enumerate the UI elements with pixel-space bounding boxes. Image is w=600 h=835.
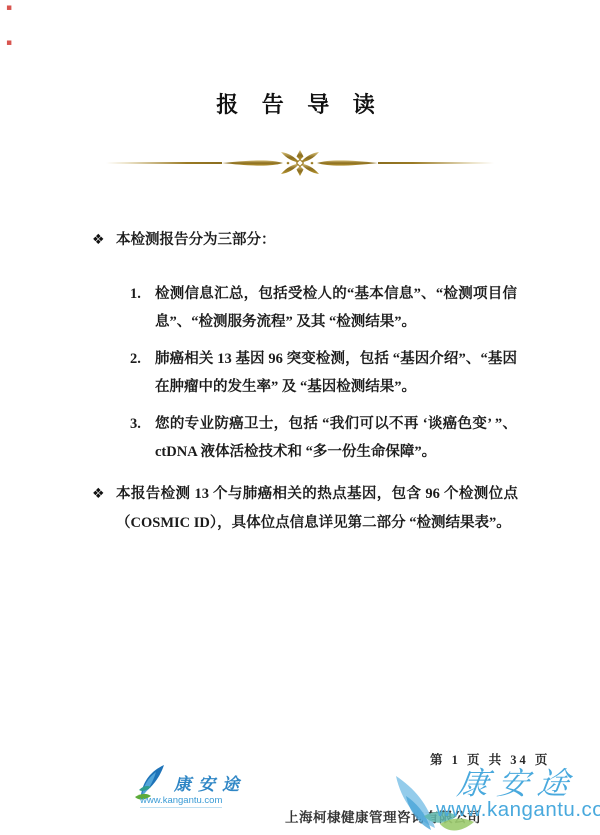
page-title: 报 告 导 读 [0,88,600,119]
kangantu-watermark: 康安途 www.kangantu.com [394,756,600,835]
report-parts-list: 1. 检测信息汇总，包括受检人的“基本信息”、“检测项目信息”、“检测服务流程”… [92,280,520,466]
logo-url: www.kangantu.com [140,795,222,808]
document-page: ▪ ▪ 报 告 导 读 [0,0,600,835]
report-guide-content: ❖ 本检测报告分为三部分： 1. 检测信息汇总，包括受检人的“基本信息”、“检测… [92,230,520,537]
list-item: 2. 肺癌相关 13 基因 96 突变检测，包括 “基因介绍”、“基因在肿瘤中的… [130,345,520,401]
summary-bullet-row: ❖ 本报告检测 13 个与肺癌相关的热点基因，包含 96 个检测位点（COSMI… [92,484,520,537]
corner-mark-icon: ▪ [6,4,12,13]
list-item: 3. 您的专业防癌卫士，包括 “我们可以不再 ‘谈癌色变’ ”、ctDNA 液体… [130,410,520,466]
watermark-name: 康安途 [455,758,581,803]
list-item-number: 1. [130,280,155,308]
diamond-bullet-icon: ❖ [92,484,116,504]
summary-text: 本报告检测 13 个与肺癌相关的热点基因，包含 96 个检测位点（COSMIC … [116,480,518,537]
list-item-number: 3. [130,410,155,438]
intro-bullet-row: ❖ 本检测报告分为三部分： [92,230,520,250]
divider-line-right [378,162,494,164]
diamond-bullet-icon: ❖ [92,230,116,250]
list-item-text: 检测信息汇总，包括受检人的“基本信息”、“检测项目信息”、“检测服务流程” 及其… [155,280,517,336]
logo-name: 康安途 [174,770,246,795]
divider-ornament-icon [220,150,380,176]
list-item: 1. 检测信息汇总，包括受检人的“基本信息”、“检测项目信息”、“检测服务流程”… [130,280,520,336]
watermark-url: www.kangantu.com [436,798,600,822]
list-item-text: 您的专业防癌卫士，包括 “我们可以不再 ‘谈癌色变’ ”、ctDNA 液体活检技… [155,410,517,466]
intro-text: 本检测报告分为三部分： [116,230,276,250]
corner-mark-icon: ▪ [6,39,12,48]
list-item-text: 肺癌相关 13 基因 96 突变检测，包括 “基因介绍”、“基因在肿瘤中的发生率… [155,345,517,401]
list-item-number: 2. [130,345,155,373]
divider-line-left [106,162,222,164]
gold-divider [106,150,494,176]
